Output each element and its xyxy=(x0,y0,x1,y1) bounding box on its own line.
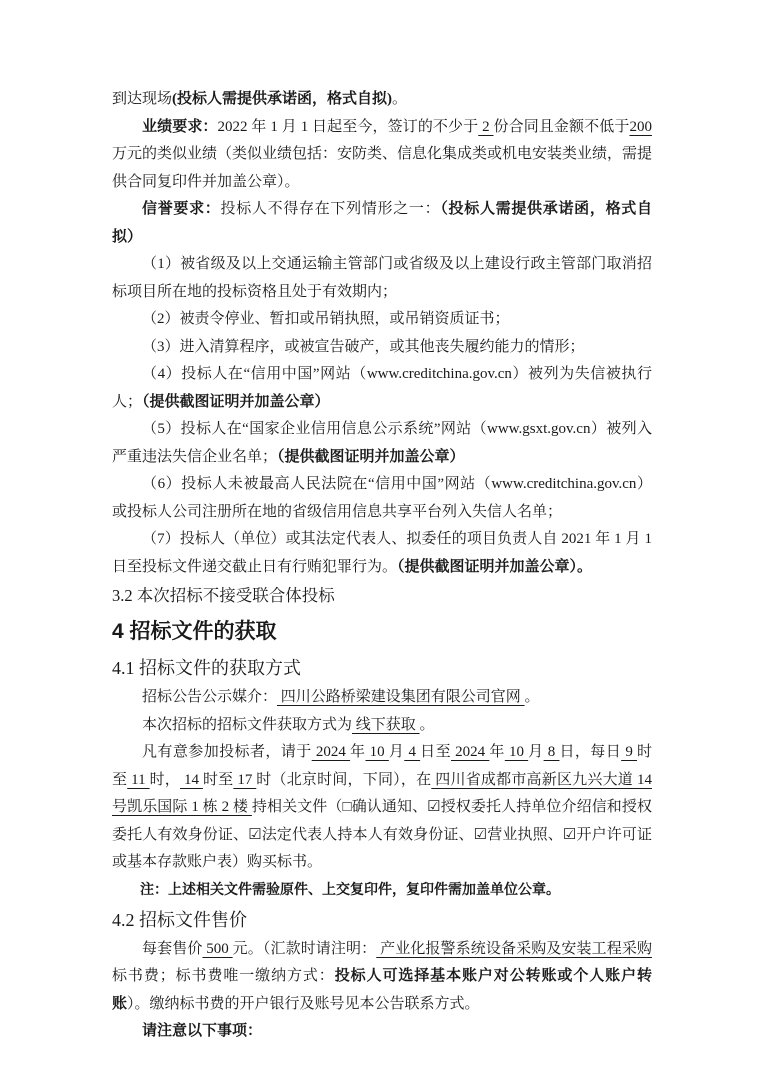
text-run: 万元的类似业绩（类似业绩包括：安防类、信息化集成类或机电安装类业绩，需提供合同复… xyxy=(112,146,652,190)
checkbox-checked-icon: ☑ xyxy=(474,827,487,843)
credit-item-5: （5）投标人在“国家企业信用信息公示系统”网站（www.gsxt.gov.cn）… xyxy=(112,416,652,471)
text-run: 10 xyxy=(505,744,528,760)
text-run: 14 xyxy=(180,772,203,788)
checkbox-checked-icon: ☑ xyxy=(427,799,440,815)
text-run: 线下获取 xyxy=(352,717,420,733)
heading-4-1: 4.1 招标文件的获取方式 xyxy=(112,652,652,684)
checkbox-checked-icon: ☑ xyxy=(248,827,261,843)
text-run: 2 xyxy=(478,119,493,135)
text-run: 4.1 招标文件的获取方式 xyxy=(112,658,301,678)
text-run: (投标人需提供承诺函，格式自拟) xyxy=(172,91,392,107)
text-run: （1）被省级及以上交通运输主管部门或省级及以上建设行政主管部门取消招标项目所在地… xyxy=(112,256,652,300)
text-run: 2024 xyxy=(451,744,489,760)
para-credit-requirement: 信誉要求：投标人不得存在下列情形之一：（投标人需提供承诺函，格式自拟） xyxy=(112,196,652,251)
text-run: 法定代表人持本人有效身份证、 xyxy=(262,827,474,843)
text-run: 请注意以下事项： xyxy=(142,1023,262,1039)
text-run: 11 xyxy=(127,772,149,788)
text-run: 4 招标文件的获取 xyxy=(112,620,277,643)
para-purchase-instructions: 凡有意参加投标者，请于 2024 年 10 月 4 日至 2024 年 10 月… xyxy=(112,739,652,877)
text-run: 4.2 招标文件售价 xyxy=(112,910,247,930)
text-run: 17 xyxy=(233,772,256,788)
text-run: （提供截图证明并加盖公章） xyxy=(277,449,465,465)
text-run: 日，每日 xyxy=(559,744,621,760)
text-run: 2022 年 1 月 1 日起至今，签订的不少于 xyxy=(218,119,479,135)
text-run: 标书费；标书费唯一缴纳方式： xyxy=(112,968,335,984)
text-run: （3）进入清算程序，或被宣告破产，或其他丧失履约能力的情形； xyxy=(142,339,585,355)
heading-4: 4 招标文件的获取 xyxy=(112,614,652,650)
text-run: 时（北京时间，下同），在 xyxy=(256,772,431,788)
text-run: 月 xyxy=(528,744,543,760)
text-run: 3.2 本次招标不接受联合体投标 xyxy=(112,586,335,605)
text-run: 10 xyxy=(365,744,388,760)
text-run: 本次招标的招标文件获取方式为 xyxy=(142,717,352,733)
text-run: 每套售价 xyxy=(142,941,202,957)
text-run: 年 xyxy=(489,744,504,760)
text-run: 到达现场 xyxy=(112,91,172,107)
checkbox-checked-icon: ☑ xyxy=(563,827,576,843)
para-announcement-media: 招标公告公示媒介： 四川公路桥梁建设集团有限公司官网 。 xyxy=(112,684,652,712)
text-run: 。 xyxy=(525,689,540,705)
text-run: 信誉要求： xyxy=(142,201,221,217)
heading-3-2: 3.2 本次招标不接受联合体投标 xyxy=(112,581,652,611)
para-attention-heading: 请注意以下事项： xyxy=(112,1018,652,1046)
para-obtain-method: 本次招标的招标文件获取方式为 线下获取 。 xyxy=(112,712,652,740)
para-document-price: 每套售价 500 元。（汇款时请注明： 产业化报警系统设备采购及安装工程采购 标… xyxy=(112,936,652,1019)
text-run: （2）被责令停业、暂扣或吊销执照，或吊销资质证书； xyxy=(142,311,510,327)
text-run: 营业执照、 xyxy=(487,827,563,843)
para-note-original-documents: 注：上述相关文件需验原件、上交复印件，复印件需加盖单位公章。 xyxy=(112,877,652,904)
text-run: 时至 xyxy=(203,772,233,788)
text-run: 8 xyxy=(544,744,560,760)
credit-item-2: （2）被责令停业、暂扣或吊销执照，或吊销资质证书； xyxy=(112,306,652,334)
text-run: 投标人不得存在下列情形之一： xyxy=(221,201,441,217)
text-run: （6）投标人未被最高人民法院在“信用中国”网站（www.creditchina.… xyxy=(112,476,652,520)
credit-item-7: （7）投标人（单位）或其法定代表人、拟委任的项目负责人自 2021 年 1 月 … xyxy=(112,526,652,581)
text-run: 时， xyxy=(150,772,180,788)
text-run: 产业化报警系统设备采购及安装工程采购 xyxy=(376,941,652,957)
text-run: 持相关文件（ xyxy=(252,799,343,815)
credit-item-6: （6）投标人未被最高人民法院在“信用中国”网站（www.creditchina.… xyxy=(112,471,652,526)
text-run: 9 xyxy=(621,744,637,760)
heading-4-2: 4.2 招标文件售价 xyxy=(112,904,652,936)
credit-item-3: （3）进入清算程序，或被宣告破产，或其他丧失履约能力的情形； xyxy=(112,334,652,362)
text-run: 凡有意参加投标者，请于 xyxy=(142,744,312,760)
text-run: 。 xyxy=(392,91,407,107)
text-run: 年 xyxy=(350,744,365,760)
text-run: 确认通知、 xyxy=(352,799,427,815)
text-run: 四川公路桥梁建设集团有限公司官网 xyxy=(277,689,525,705)
text-run: （提供截图证明并加盖公章）。 xyxy=(397,559,592,575)
credit-item-4: （4）投标人在“信用中国”网站（www.creditchina.gov.cn）被… xyxy=(112,361,652,416)
para-arrival-commitment: 到达现场(投标人需提供承诺函，格式自拟)。 xyxy=(112,86,652,114)
text-run: 500 xyxy=(202,941,232,957)
text-run: 元。（汇款时请注明： xyxy=(233,941,377,957)
text-run: 业绩要求： xyxy=(142,119,218,135)
text-run: （提供截图证明并加盖公章） xyxy=(142,394,330,410)
text-run: 2024 xyxy=(312,744,350,760)
text-run: 份合同且金额不低于 xyxy=(493,119,629,135)
document-page: 到达现场(投标人需提供承诺函，格式自拟)。业绩要求：2022 年 1 月 1 日… xyxy=(0,0,764,1080)
para-performance-requirement: 业绩要求：2022 年 1 月 1 日起至今，签订的不少于 2 份合同且金额不低… xyxy=(112,114,652,197)
text-run: ）。缴纳标书费的开户银行及账号见本公告联系方式。 xyxy=(127,996,480,1012)
text-run: 招标公告公示媒介： xyxy=(142,689,277,705)
text-run: 月 xyxy=(389,744,404,760)
document-body: 到达现场(投标人需提供承诺函，格式自拟)。业绩要求：2022 年 1 月 1 日… xyxy=(112,86,652,1046)
text-run: 200 xyxy=(629,119,652,135)
checkbox-unchecked-icon: □ xyxy=(343,799,352,815)
text-run: 。 xyxy=(420,717,435,733)
text-run: 4 xyxy=(404,744,420,760)
text-run: 日至 xyxy=(420,744,451,760)
text-run: 注：上述相关文件需验原件、上交复印件，复印件需加盖单位公章。 xyxy=(140,883,560,898)
credit-item-1: （1）被省级及以上交通运输主管部门或省级及以上建设行政主管部门取消招标项目所在地… xyxy=(112,251,652,306)
